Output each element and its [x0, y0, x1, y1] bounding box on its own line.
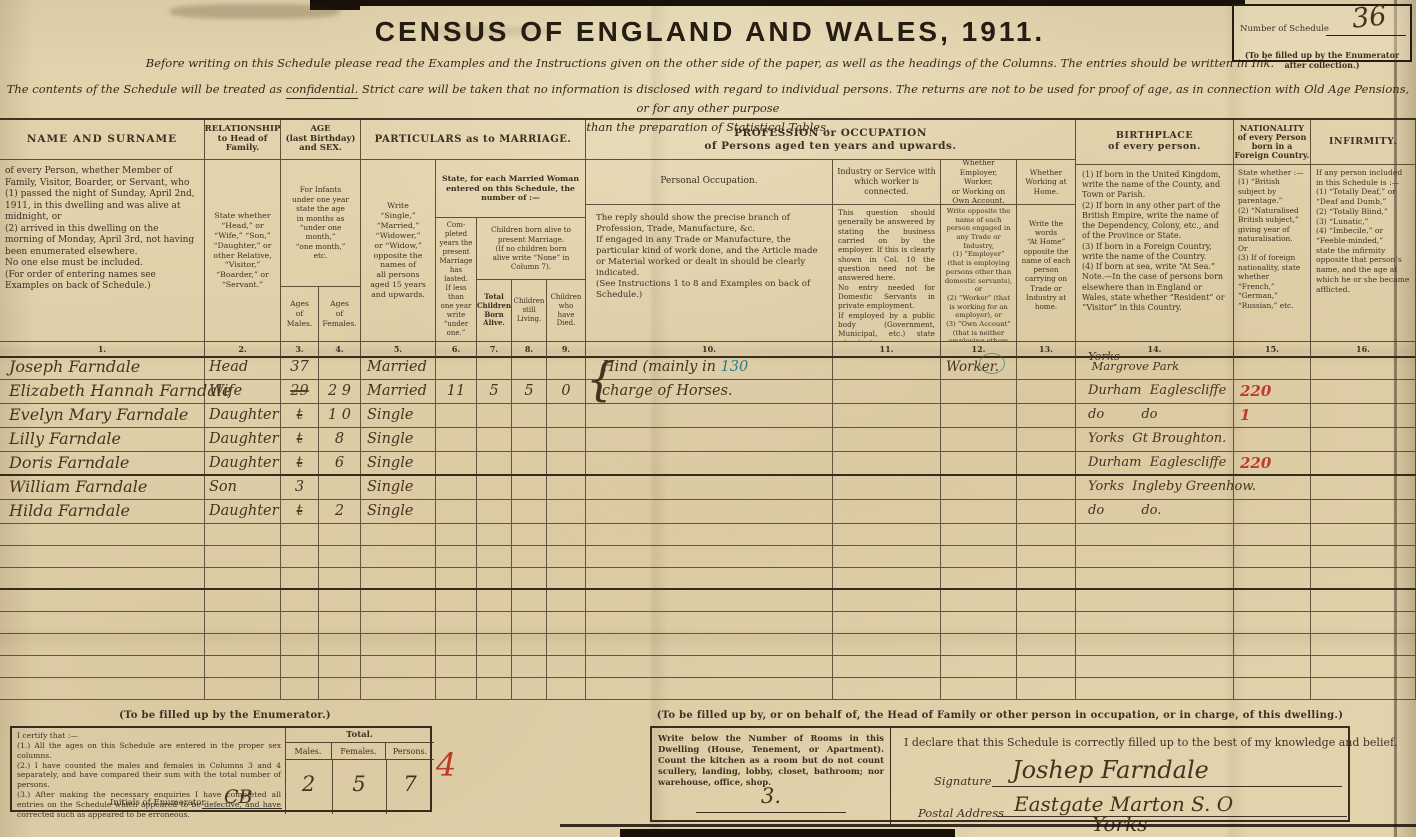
col8-label-cell: Children still Living.	[512, 280, 547, 342]
cell-name: Doris Farndale	[0, 452, 205, 474]
cell-inf	[1311, 428, 1416, 451]
declaration-text: I declare that this Schedule is correctl…	[904, 736, 1349, 749]
cell-nat	[1234, 356, 1311, 379]
cell-marital: Married	[361, 380, 436, 403]
cell-emp	[941, 568, 1017, 588]
cell-yrs	[436, 546, 477, 567]
col12-instructions-cell: Write opposite the name of each person e…	[941, 205, 1017, 342]
enumerator-box: I certify that :— (1.) All the ages on t…	[10, 726, 432, 812]
table-row	[0, 612, 1416, 634]
married-woman-head-cell: State, for each Married Woman entered on…	[436, 160, 586, 218]
cell-marital: Single	[361, 476, 436, 499]
cell-yrs	[436, 524, 477, 545]
cell-nat: 1	[1234, 404, 1311, 427]
cell-m	[281, 612, 319, 633]
cell-occ	[586, 568, 833, 588]
cell-nat	[1234, 590, 1311, 611]
cell-marital	[361, 568, 436, 588]
cell-living	[512, 500, 547, 523]
females-value: 5	[332, 772, 386, 796]
col6-instructions-cell: Com- pleted years the present Marriage h…	[436, 218, 477, 342]
cell-marital	[361, 612, 436, 633]
cell-inf	[1311, 452, 1416, 474]
table-row	[0, 634, 1416, 656]
cell-birth: Yorks Margrove Park	[1076, 351, 1234, 379]
profession-banner: PROFESSION or OCCUPATION of Persons aged…	[586, 120, 1076, 160]
cell-m	[281, 524, 319, 545]
cell-yrs	[436, 634, 477, 655]
cell-f: 2 9	[319, 380, 361, 403]
cell-f: 2	[319, 500, 361, 523]
top-edge-shadow	[355, 0, 1245, 6]
cell-yrs	[436, 612, 477, 633]
cell-died	[547, 656, 586, 677]
cell-m	[281, 590, 319, 611]
table-row	[0, 656, 1416, 678]
col9-label-cell: Children who have Died.	[547, 280, 586, 342]
cell-born: 5	[477, 380, 512, 403]
cell-name: Evelyn Mary Farndale	[0, 404, 205, 427]
col13-instructions-cell: Write the words “At Home” opposite the n…	[1017, 205, 1076, 342]
cell-ind	[833, 404, 941, 427]
occupation-brace: {	[586, 356, 615, 402]
cell-emp	[941, 546, 1017, 567]
cell-f	[319, 634, 361, 655]
cell-yrs	[436, 500, 477, 523]
cell-emp	[941, 452, 1017, 474]
cell-died: 0	[547, 380, 586, 403]
cell-birth	[1076, 612, 1234, 633]
cell-name	[0, 568, 205, 588]
cell-f	[319, 656, 361, 677]
col11-subtitle-cell: Industry or Service with which worker is…	[833, 160, 941, 205]
cell-nat	[1234, 612, 1311, 633]
cell-birth	[1076, 568, 1234, 588]
cell-m: 3	[281, 476, 319, 499]
table-row: Doris FarndaleDaughtert6SingleDurham Eag…	[0, 452, 1416, 476]
col16-instructions-cell: If any person included in this Schedule …	[1311, 165, 1416, 342]
cell-f	[319, 476, 361, 499]
cell-occ	[586, 524, 833, 545]
cell-nat	[1234, 634, 1311, 655]
cell-born	[477, 500, 512, 523]
cell-ind	[833, 590, 941, 611]
enumerator-section-title: (To be filled up by the Enumerator.)	[30, 710, 420, 721]
masthead-instruction-1: Before writing on this Schedule please r…	[60, 56, 1360, 70]
cell-f	[319, 678, 361, 699]
age-title-cell: AGE (last Birthday) and SEX.	[281, 120, 361, 160]
cell-born	[477, 568, 512, 588]
schedule-number-label: Number of Schedule	[1240, 24, 1329, 34]
cell-rel: Daughter	[205, 500, 281, 523]
cell-occ	[586, 678, 833, 699]
col5-instructions-cell: Write “Single,” “Married,” “Widower,” or…	[361, 160, 436, 342]
rooms-value: 3.	[696, 784, 846, 808]
cell-m	[281, 634, 319, 655]
table-row: Elizabeth Hannah FarndaleWife292 9Marrie…	[0, 380, 1416, 404]
cell-nat	[1234, 428, 1311, 451]
schedule-number-underline	[1326, 35, 1406, 36]
cell-yrs	[436, 656, 477, 677]
cell-living	[512, 524, 547, 545]
cell-born	[477, 404, 512, 427]
cell-ind	[833, 546, 941, 567]
children-born-head-cell: Children born alive to present Marriage.…	[477, 218, 586, 280]
col12-subtitle-cell: Whether Employer, Worker, or Working on …	[941, 160, 1017, 205]
cell-died	[547, 428, 586, 451]
table-row	[0, 546, 1416, 568]
cell-died	[547, 678, 586, 699]
cell-died	[547, 568, 586, 588]
col11-instructions-cell: This question should generally be answer…	[833, 205, 941, 342]
cell-inf	[1311, 568, 1416, 588]
cell-yrs	[436, 678, 477, 699]
cell-rel	[205, 590, 281, 611]
initials-underline	[202, 808, 282, 809]
cell-occ	[586, 612, 833, 633]
cell-f	[319, 524, 361, 545]
cell-home	[1017, 656, 1076, 677]
cell-rel	[205, 634, 281, 655]
table-header: NAME AND SURNAME of every Person, whethe…	[0, 118, 1416, 356]
cell-m: 37	[281, 356, 319, 379]
cell-nat	[1234, 678, 1311, 699]
cell-birth	[1076, 524, 1234, 545]
col14-title-cell: BIRTHPLACE of every person.	[1076, 120, 1234, 165]
cell-ind	[833, 634, 941, 655]
cell-birth: Yorks Gt Broughton.	[1076, 428, 1234, 451]
cell-name	[0, 546, 205, 567]
cell-occ	[586, 452, 833, 474]
cell-living	[512, 356, 547, 379]
cell-emp	[941, 476, 1017, 499]
cell-name	[0, 678, 205, 699]
cell-occ	[586, 656, 833, 677]
cell-birth: Yorks Ingleby Greenhow.	[1076, 476, 1234, 499]
cell-inf	[1311, 656, 1416, 677]
cell-home	[1017, 356, 1076, 379]
cell-f	[319, 546, 361, 567]
age-infants-cell: For Infants under one year state the age…	[281, 160, 361, 287]
cell-living	[512, 634, 547, 655]
cell-died	[547, 476, 586, 499]
cell-marital	[361, 656, 436, 677]
cell-marital	[361, 546, 436, 567]
cell-nat	[1234, 568, 1311, 588]
cell-home	[1017, 404, 1076, 427]
col10-instructions-cell: The reply should show the precise branch…	[586, 205, 833, 342]
cell-home	[1017, 678, 1076, 699]
cell-yrs	[436, 476, 477, 499]
cell-emp	[941, 678, 1017, 699]
cell-yrs	[436, 356, 477, 379]
cell-living	[512, 612, 547, 633]
cell-born	[477, 428, 512, 451]
cell-emp	[941, 612, 1017, 633]
cell-marital	[361, 590, 436, 611]
cell-m	[281, 568, 319, 588]
cell-rel	[205, 678, 281, 699]
cell-birth: Durham Eaglescliffe	[1076, 452, 1234, 474]
cell-inf	[1311, 590, 1416, 611]
cell-living	[512, 476, 547, 499]
cell-living: 5	[512, 380, 547, 403]
cell-name: William Farndale	[0, 476, 205, 499]
schedule-number-value: 36	[1350, 0, 1387, 34]
schedule-number-note: (To be filled up by the Enumerator after…	[1234, 40, 1410, 70]
cell-ind	[833, 476, 941, 499]
cell-rel	[205, 656, 281, 677]
cell-m	[281, 546, 319, 567]
table-row: Hilda FarndaleDaughtert2Singledo do.	[0, 500, 1416, 524]
cell-died	[547, 356, 586, 379]
cell-born	[477, 546, 512, 567]
cell-home	[1017, 428, 1076, 451]
cell-living	[512, 678, 547, 699]
cell-died	[547, 404, 586, 427]
cell-nat	[1234, 476, 1311, 499]
cell-f	[319, 590, 361, 611]
cell-home	[1017, 546, 1076, 567]
col13-subtitle-cell: Whether Working at Home.	[1017, 160, 1076, 205]
cell-home	[1017, 634, 1076, 655]
cell-died	[547, 634, 586, 655]
col15-instructions-cell: State whether :— (1) “British subject by…	[1234, 165, 1311, 342]
cell-occ: Hind (mainly in 130	[586, 356, 833, 379]
page-title: CENSUS OF ENGLAND AND WALES, 1911.	[60, 16, 1360, 48]
cell-born	[477, 524, 512, 545]
cell-inf	[1311, 356, 1416, 379]
cell-m: 29	[281, 380, 319, 403]
cell-living	[512, 568, 547, 588]
cell-marital: Single	[361, 404, 436, 427]
col2-instructions-cell: State whether “Head,” or “Wife,” “Son,” …	[205, 160, 281, 342]
cell-home	[1017, 590, 1076, 611]
table-row: Evelyn Mary FarndaleDaughtert1 0Singledo…	[0, 404, 1416, 428]
cell-ind	[833, 428, 941, 451]
cell-inf	[1311, 612, 1416, 633]
cell-living	[512, 428, 547, 451]
col10-subtitle-cell: Personal Occupation.	[586, 160, 833, 205]
cell-marital	[361, 634, 436, 655]
cell-living	[512, 590, 547, 611]
cell-f: 6	[319, 452, 361, 474]
cell-name	[0, 524, 205, 545]
cell-born	[477, 656, 512, 677]
cell-f: 8	[319, 428, 361, 451]
cell-marital: Single	[361, 452, 436, 474]
cell-emp	[941, 404, 1017, 427]
cell-marital	[361, 524, 436, 545]
initials-label: Initials of Enumerator	[110, 798, 205, 808]
registrar-red-code: 220	[1240, 454, 1271, 472]
rooms-divider	[890, 728, 891, 824]
cell-home	[1017, 500, 1076, 523]
schedule-number-box: Number of Schedule 36 (To be filled up b…	[1232, 4, 1412, 62]
col1-title-cell: NAME AND SURNAME	[0, 120, 205, 160]
registrar-red-code: 1	[1240, 406, 1250, 424]
cell-home	[1017, 452, 1076, 474]
cell-yrs	[436, 428, 477, 451]
cell-rel: Daughter	[205, 404, 281, 427]
cell-emp	[941, 428, 1017, 451]
cell-rel	[205, 524, 281, 545]
table-body: Joseph FarndaleHead37MarriedHind (mainly…	[0, 356, 1416, 700]
cell-rel	[205, 568, 281, 588]
registrar-red-total: 4	[436, 746, 456, 784]
cell-name	[0, 612, 205, 633]
cell-ind	[833, 524, 941, 545]
cell-name: Hilda Farndale	[0, 500, 205, 523]
cell-home	[1017, 380, 1076, 403]
signature-label: Signature	[934, 774, 992, 788]
cell-birth: Durham Eaglescliffe	[1076, 380, 1234, 403]
cell-occ	[586, 428, 833, 451]
cell-born	[477, 452, 512, 474]
cell-nat	[1234, 546, 1311, 567]
cell-yrs	[436, 568, 477, 588]
signature-value: Joshep Farndale	[1012, 756, 1209, 784]
marriage-banner: PARTICULARS as to MARRIAGE.	[361, 120, 586, 160]
col7-label-cell: Total Children Born Alive.	[477, 280, 512, 342]
cell-nat	[1234, 524, 1311, 545]
cell-m	[281, 678, 319, 699]
cell-inf	[1311, 546, 1416, 567]
cell-home	[1017, 568, 1076, 588]
cell-rel: Wife	[205, 380, 281, 403]
males-label: Males.	[285, 743, 332, 760]
cell-yrs	[436, 452, 477, 474]
cell-birth	[1076, 678, 1234, 699]
col16-title-cell: INFIRMITY.	[1311, 120, 1416, 165]
cell-birth	[1076, 656, 1234, 677]
cell-m: t	[281, 404, 319, 427]
cell-inf	[1311, 678, 1416, 699]
cell-died	[547, 612, 586, 633]
cell-f	[319, 356, 361, 379]
table-row	[0, 678, 1416, 700]
cell-emp	[941, 500, 1017, 523]
cell-died	[547, 524, 586, 545]
cell-ind	[833, 612, 941, 633]
cell-emp	[941, 590, 1017, 611]
table-row: Lilly FarndaleDaughtert8SingleYorks Gt B…	[0, 428, 1416, 452]
cell-inf	[1311, 500, 1416, 523]
col1-instructions-cell: of every Person, whether Member of Famil…	[0, 160, 205, 342]
ages-males-cell: Ages of Males.	[281, 287, 319, 342]
cell-rel	[205, 612, 281, 633]
cell-born	[477, 476, 512, 499]
cell-rel: Son	[205, 476, 281, 499]
signature-underline	[992, 786, 1342, 787]
cell-born	[477, 634, 512, 655]
females-label: Females.	[332, 743, 386, 760]
cell-marital	[361, 678, 436, 699]
cell-living	[512, 404, 547, 427]
cell-nat	[1234, 500, 1311, 523]
cell-living	[512, 452, 547, 474]
cell-name: Joseph Farndale	[0, 356, 205, 379]
cell-died	[547, 590, 586, 611]
cell-yrs	[436, 590, 477, 611]
occupation-code: 130	[721, 359, 749, 375]
cell-occ	[586, 590, 833, 611]
cell-m: t	[281, 500, 319, 523]
cell-ind	[833, 656, 941, 677]
cell-inf	[1311, 524, 1416, 545]
table-row	[0, 524, 1416, 546]
cell-emp	[941, 524, 1017, 545]
cell-name	[0, 634, 205, 655]
cell-inf	[1311, 476, 1416, 499]
address-underline	[997, 816, 1347, 817]
cell-rel: Daughter	[205, 428, 281, 451]
cell-name: Lilly Farndale	[0, 428, 205, 451]
cell-nat: 220	[1234, 380, 1311, 403]
cell-name	[0, 656, 205, 677]
table-row	[0, 568, 1416, 590]
cell-f	[319, 612, 361, 633]
persons-value: 7	[386, 772, 434, 796]
cell-marital: Single	[361, 500, 436, 523]
cell-emp	[941, 380, 1017, 403]
cell-occ	[586, 476, 833, 499]
table-row	[0, 590, 1416, 612]
cell-birth: do do.	[1076, 500, 1234, 523]
cell-name	[0, 590, 205, 611]
cell-inf	[1311, 380, 1416, 403]
cell-m: t	[281, 428, 319, 451]
address-label: Postal Address	[918, 806, 1004, 820]
cell-nat	[1234, 656, 1311, 677]
cell-home	[1017, 476, 1076, 499]
cell-died	[547, 452, 586, 474]
cell-ind	[833, 568, 941, 588]
col15-title-cell: NATIONALITY of every Person born in a Fo…	[1234, 120, 1311, 165]
cell-occ	[586, 546, 833, 567]
persons-label: Persons.	[386, 743, 434, 760]
cell-born	[477, 590, 512, 611]
rooms-instruction-text: Write below the Number of Rooms in this …	[658, 733, 884, 788]
cell-home	[1017, 612, 1076, 633]
cell-birth	[1076, 634, 1234, 655]
males-value: 2	[285, 772, 332, 796]
cell-marital: Single	[361, 428, 436, 451]
cell-nat: 220	[1234, 452, 1311, 474]
total-label: Total.	[285, 728, 434, 743]
cell-died	[547, 546, 586, 567]
cell-born	[477, 612, 512, 633]
cell-emp	[941, 634, 1017, 655]
cell-yrs: 11	[436, 380, 477, 403]
cell-home	[1017, 524, 1076, 545]
table-row: William FarndaleSon3SingleYorks Ingleby …	[0, 476, 1416, 500]
cell-born	[477, 678, 512, 699]
cell-occ	[586, 500, 833, 523]
cell-ind	[833, 500, 941, 523]
census-form-1911: CENSUS OF ENGLAND AND WALES, 1911. Befor…	[0, 0, 1416, 837]
cell-rel: Daughter	[205, 452, 281, 474]
cell-ind	[833, 452, 941, 474]
cell-emp	[941, 656, 1017, 677]
col14-instructions-cell: (1) If born in the United Kingdom, write…	[1076, 165, 1234, 342]
registrar-red-code: 220	[1240, 382, 1271, 400]
cell-rel: Head	[205, 356, 281, 379]
cell-occ	[586, 404, 833, 427]
cell-birth	[1076, 590, 1234, 611]
cell-living	[512, 656, 547, 677]
cell-birth	[1076, 546, 1234, 567]
